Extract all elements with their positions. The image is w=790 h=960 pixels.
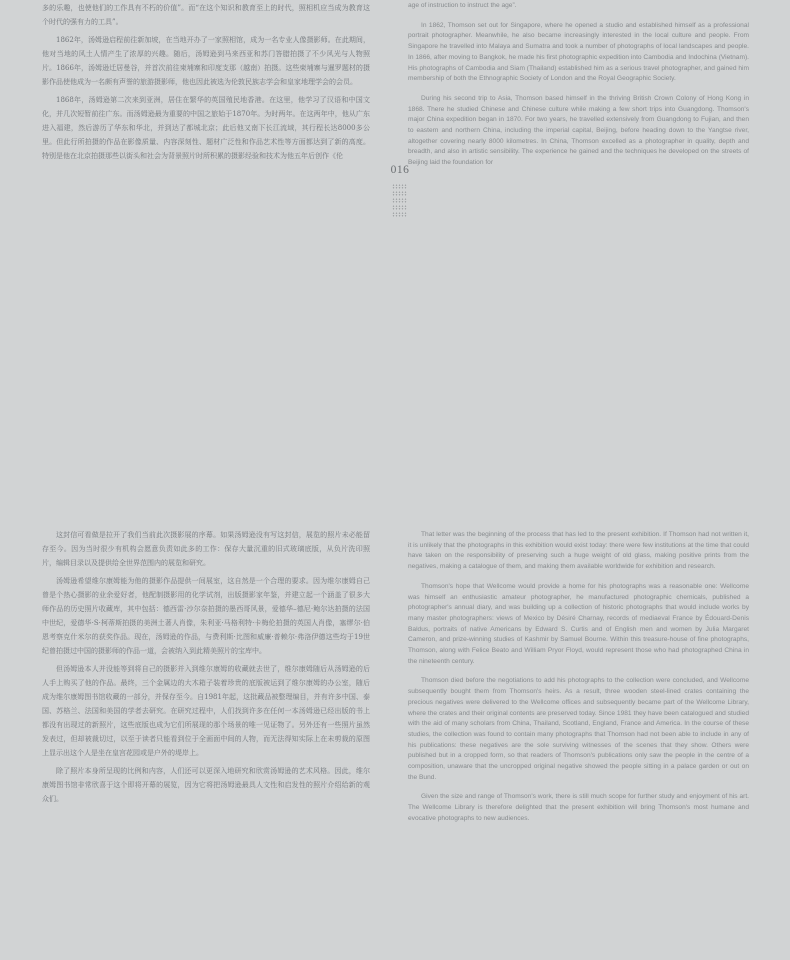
zh-paragraph-1: 多的乐趣，也使他们的工作具有不朽的价值”。而“在这个知识和教育至上的时代，照相机… (42, 1, 370, 29)
en-paragraph-5: Thomson's hope that Wellcome would provi… (408, 582, 749, 668)
en-paragraph-4: That letter was the beginning of the pro… (408, 530, 749, 573)
dotted-mark-icon (392, 205, 407, 210)
en-paragraph-2: In 1862, Thomson set out for Singapore, … (408, 21, 749, 85)
en-paragraph-6: Thomson died before the negotiations to … (408, 676, 749, 783)
zh-paragraph-3: 1868年，汤姆逊第二次来到亚洲，居住在繁华的英国殖民地香港。在这里，他学习了汉… (42, 93, 370, 163)
zh-paragraph-2: 1862年，汤姆逊启程前往新加坡，在当地开办了一家照相馆，成为一名专业人像摄影师… (42, 33, 370, 89)
book-page-spread: 多的乐趣，也使他们的工作具有不朽的价值”。而“在这个知识和教育至上的时代，照相机… (0, 0, 790, 960)
en-paragraph-1: age of instruction to instruct the age”. (408, 1, 749, 12)
dotted-column-marks-icon (392, 184, 407, 219)
chinese-column-bottom-block: 这封信可看做是拉开了我们当前此次摄影展的序幕。如果汤姆逊没有写这封信，展览的照片… (42, 528, 370, 810)
zh-paragraph-4: 这封信可看做是拉开了我们当前此次摄影展的序幕。如果汤姆逊没有写这封信，展览的照片… (42, 528, 370, 570)
dotted-mark-icon (392, 198, 407, 203)
en-paragraph-7: Given the size and range of Thomson's wo… (408, 792, 749, 824)
page-number: 016 (370, 164, 430, 176)
zh-paragraph-6: 但汤姆逊本人并没能等到将自己的摄影并入到维尔康姆的收藏就去世了，维尔康姆随后从汤… (42, 662, 370, 760)
zh-paragraph-5: 汤姆逊希望维尔康姆能为他的摄影作品提供一间展室，这自然是一个合理的要求。因为维尔… (42, 574, 370, 658)
dotted-mark-icon (392, 184, 407, 189)
english-column-top-block: age of instruction to instruct the age”.… (408, 1, 749, 178)
en-paragraph-3: During his second trip to Asia, Thomson … (408, 94, 749, 169)
dotted-mark-icon (392, 212, 407, 217)
english-column-bottom-block: That letter was the beginning of the pro… (408, 530, 749, 834)
chinese-column-top-block: 多的乐趣，也使他们的工作具有不朽的价值”。而“在这个知识和教育至上的时代，照相机… (42, 1, 370, 167)
dotted-mark-icon (392, 191, 407, 196)
zh-paragraph-7: 除了照片本身所呈现的比例和内容，人们还可以更深入地研究和欣赏汤姆逊的艺术风格。因… (42, 764, 370, 806)
